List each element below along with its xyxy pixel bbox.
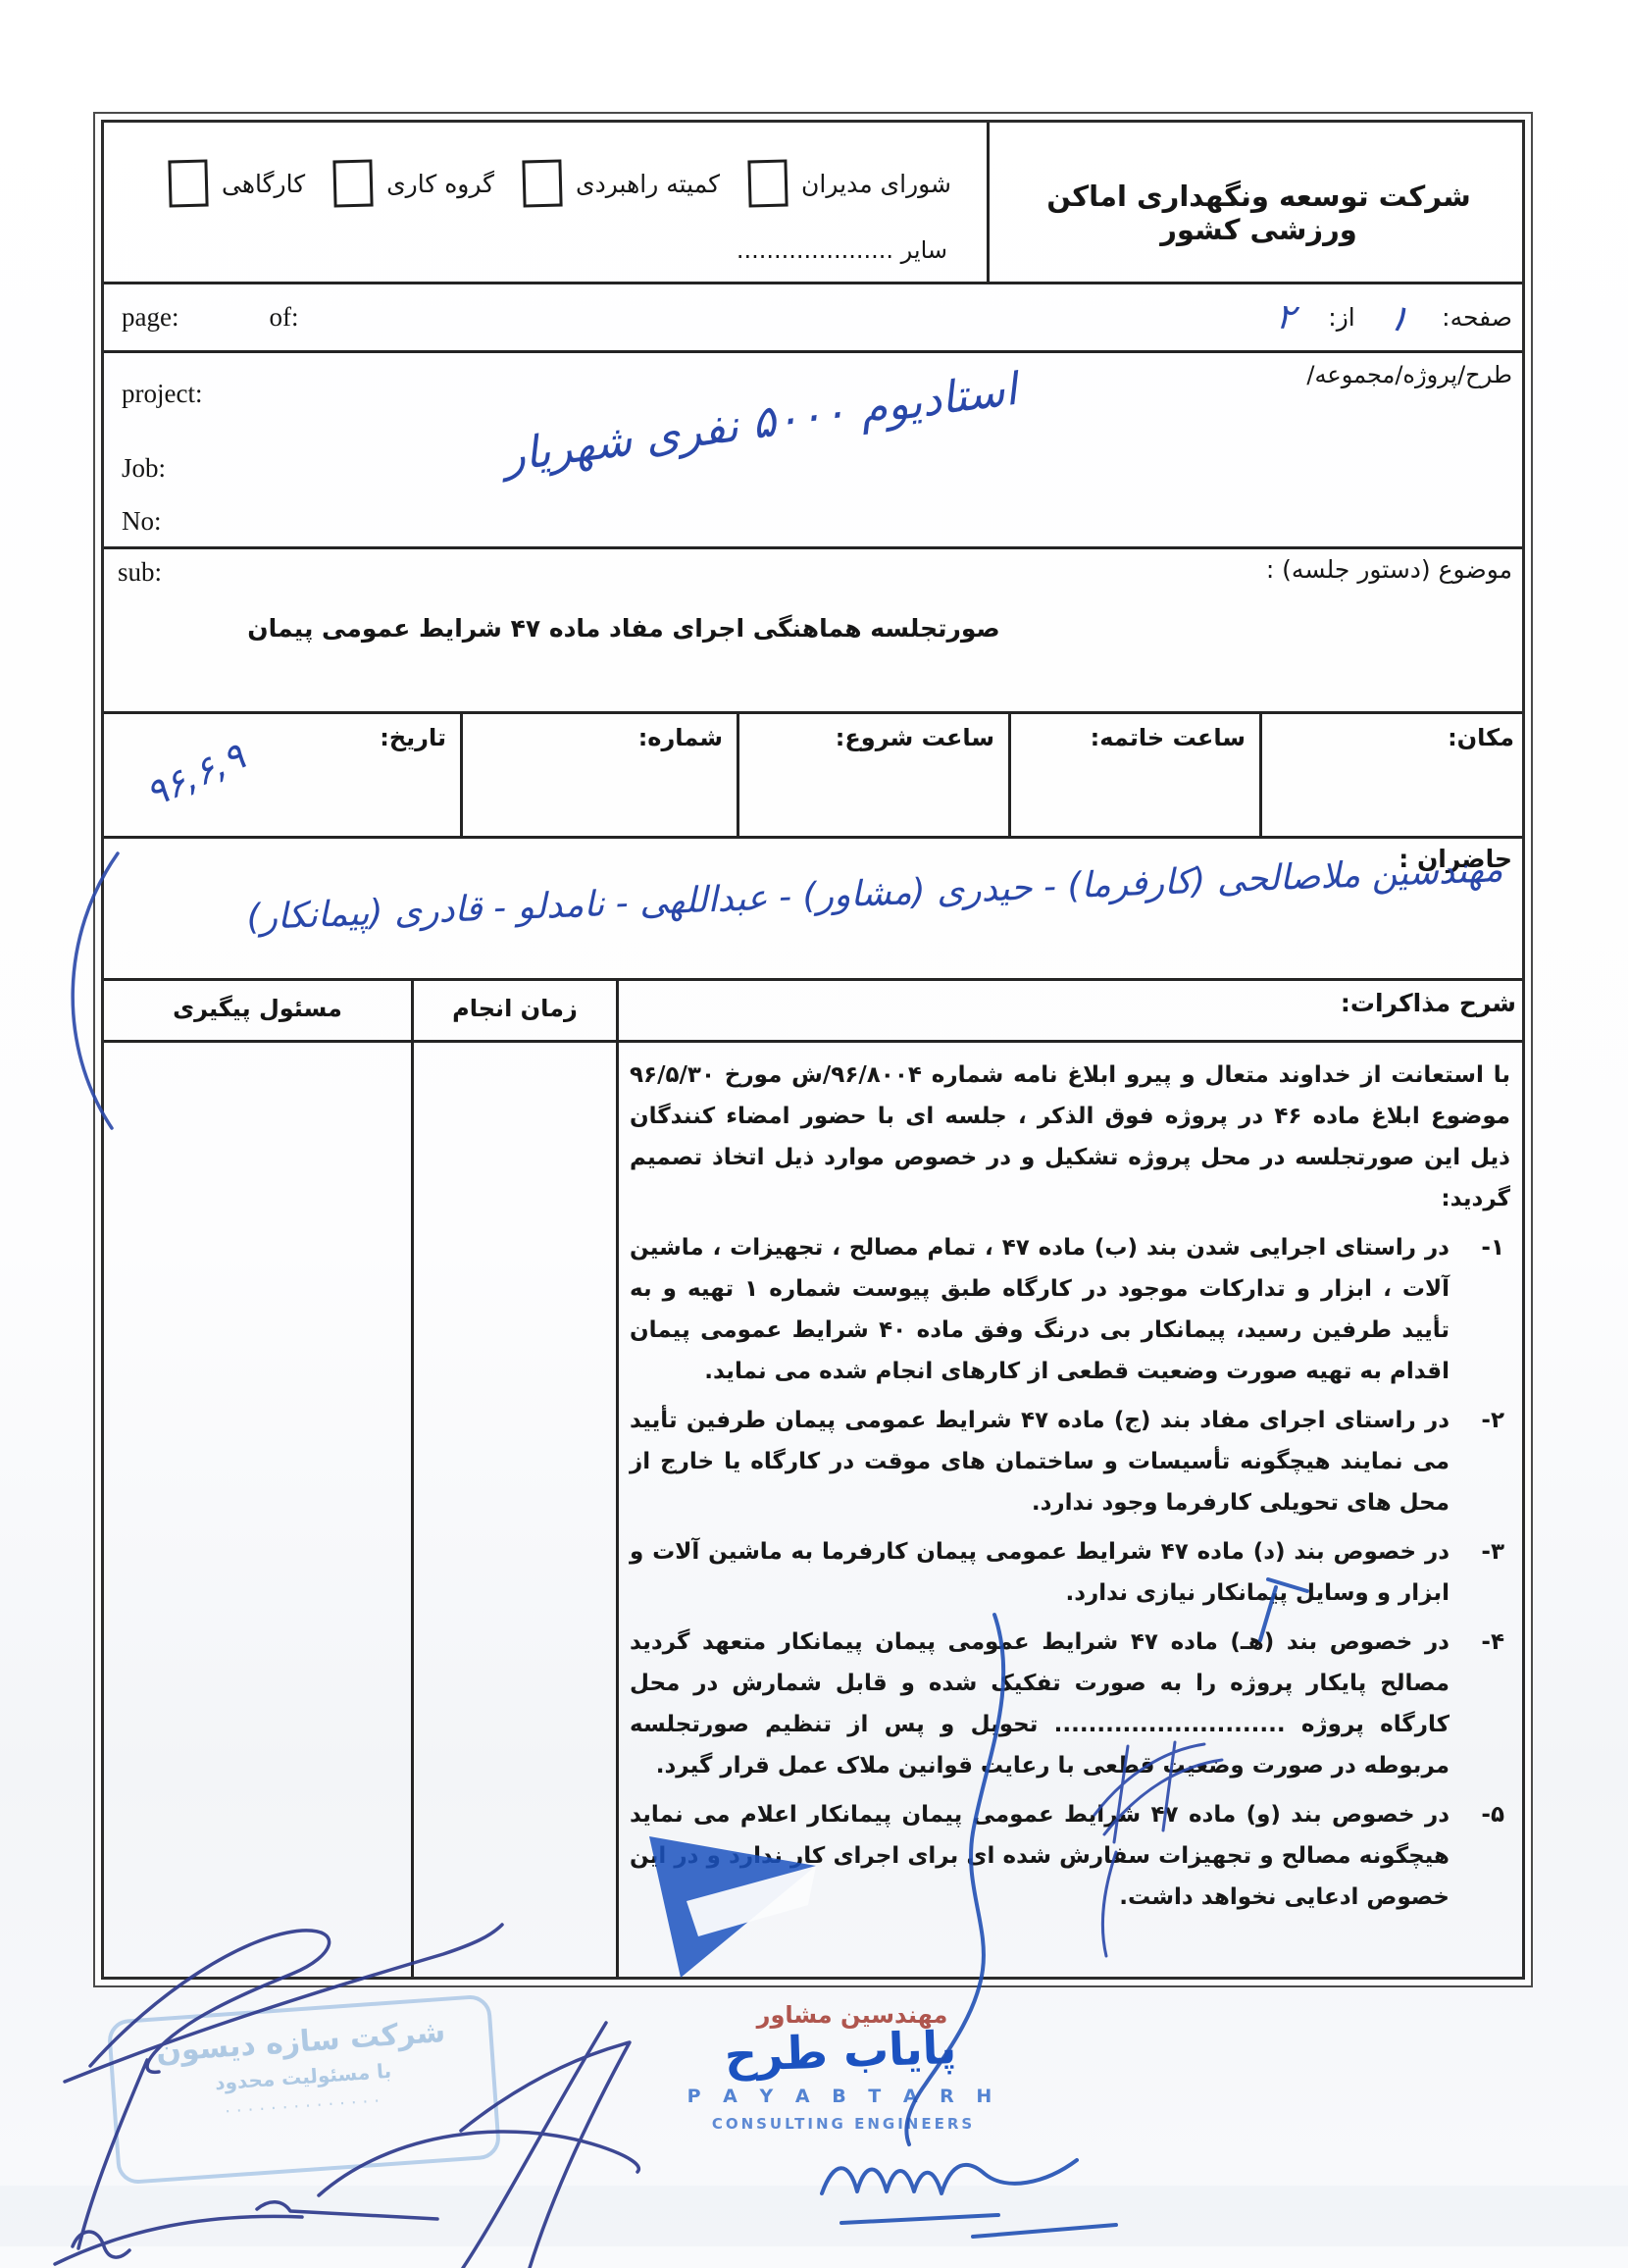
handwritten-page-number: ۱ [1384, 294, 1413, 341]
page-of-label-en: of: [269, 302, 298, 333]
page-en-group: page: of: [122, 284, 298, 350]
subject-value: صورتجلسه هماهنگی اجرای مفاد ماده ۴۷ شرای… [222, 614, 1026, 643]
checkbox-site[interactable] [168, 159, 208, 207]
item-text: در خصوص بند (هـ) ماده ۴۷ شرایط عمومی پیم… [630, 1629, 1450, 1778]
minutes-item-3: ۳- در خصوص بند (د) ماده ۴۷ شرایط عمومی پ… [630, 1531, 1510, 1614]
column-divider [411, 1043, 414, 1977]
item-number: ۳- [1481, 1531, 1504, 1572]
minutes-body-row: با استعانت از خداوند متعال و پیرو ابلاغ … [104, 1043, 1522, 1977]
header-row: شورای مدیران کمیته راهبردی گروه کاری کار… [104, 123, 1522, 284]
scan-artifact-band [0, 2186, 1628, 2246]
checkbox-steering-committee[interactable] [522, 159, 562, 207]
meeting-type-label: کارگاهی [222, 170, 305, 198]
page-fa-group: صفحه: ۱ از: ۲ [1276, 284, 1512, 350]
page-label-fa: صفحه: [1442, 303, 1512, 332]
consultant-stamp-name: پایاب طرح [707, 2020, 974, 2082]
item-text: در راستای اجرایی شدن بند (ب) ماده ۴۷ ، ت… [630, 1235, 1450, 1384]
subject-row: موضوع (دستور جلسه) : sub: صورتجلسه هماهن… [104, 549, 1522, 714]
consultant-stamp-latin-name: P A Y A B T A R H [677, 2086, 1010, 2107]
company-title: شرکت توسعه ونگهداری اماکن ورزشی کشور [990, 123, 1528, 246]
minutes-intro: با استعانت از خداوند متعال و پیرو ابلاغ … [630, 1055, 1510, 1219]
time-column-header: زمان انجام [411, 981, 616, 1040]
page-row: صفحه: ۱ از: ۲ page: of: [104, 284, 1522, 353]
date-cell: تاریخ: [104, 714, 460, 836]
minutes-item-4: ۴- در خصوص بند (هـ) ماده ۴۷ شرایط عمومی … [630, 1622, 1510, 1786]
column-divider [616, 1043, 619, 1977]
handwritten-page-total: ۲ [1275, 296, 1297, 337]
minutes-item-2: ۲- در راستای اجرای مفاد بند (ج) ماده ۴۷ … [630, 1400, 1510, 1523]
project-label-en: project: [122, 379, 202, 409]
subject-label-en: sub: [118, 557, 162, 588]
end-time-cell: ساعت خاتمه: [1008, 714, 1259, 836]
minutes-item-5: ۵- در خصوص بند (و) ماده ۴۷ شرایط عمومی پ… [630, 1794, 1510, 1918]
checkbox-working-group[interactable] [332, 159, 373, 207]
subject-label-fa: موضوع (دستور جلسه) : [1266, 555, 1512, 584]
contractor-stamp: شرکت سازه دیسون با مسئولیت محدود ·······… [107, 1994, 502, 2186]
responsible-column-header: مسئول پیگیری [104, 981, 411, 1040]
meeting-type-options: شورای مدیران کمیته راهبردی گروه کاری کار… [104, 123, 987, 207]
project-row: طرح/پروژه/مجموعه/ project: Job: No: [104, 353, 1522, 549]
minutes-header-row: مسئول پیگیری زمان انجام شرح مذاکرات: [104, 981, 1522, 1043]
minutes-text: با استعانت از خداوند متعال و پیرو ابلاغ … [626, 1043, 1518, 1977]
meta-row: تاریخ: شماره: ساعت شروع: ساعت خاتمه: مکا… [104, 714, 1522, 839]
consultant-stamp-latin-subtitle: CONSULTING ENGINEERS [677, 2115, 1010, 2133]
meeting-type-working-group: گروه کاری [333, 160, 494, 207]
page-of-label-fa: از: [1328, 303, 1354, 332]
page-label-en: page: [122, 302, 178, 333]
attendees-row: حاضران : [104, 839, 1522, 981]
meeting-type-label: شورای مدیران [801, 170, 951, 198]
description-column-header: شرح مذاکرات: [616, 981, 1528, 1040]
location-cell: مکان: [1259, 714, 1528, 836]
job-label-en: Job: [122, 453, 166, 484]
meeting-type-managers-council: شورای مدیران [748, 160, 951, 207]
item-number: ۴- [1481, 1622, 1504, 1663]
no-label-en: No: [122, 506, 162, 537]
checkbox-managers-council[interactable] [747, 159, 788, 207]
meeting-type-cell: شورای مدیران کمیته راهبردی گروه کاری کار… [104, 123, 987, 282]
project-label-fa: طرح/پروژه/مجموعه/ [1306, 361, 1512, 388]
attendees-label: حاضران : [1399, 845, 1512, 873]
item-number: ۲- [1481, 1400, 1504, 1441]
company-cell: شرکت توسعه ونگهداری اماکن ورزشی کشور [987, 123, 1528, 282]
number-cell: شماره: [460, 714, 737, 836]
minutes-form-table: شورای مدیران کمیته راهبردی گروه کاری کار… [101, 120, 1525, 1980]
meeting-type-label: گروه کاری [386, 170, 494, 198]
meeting-type-site: کارگاهی [169, 160, 305, 207]
item-number: ۱- [1481, 1227, 1504, 1268]
item-text: در راستای اجرای مفاد بند (ج) ماده ۴۷ شرا… [630, 1408, 1450, 1516]
minutes-item-1: ۱- در راستای اجرایی شدن بند (ب) ماده ۴۷ … [630, 1227, 1510, 1392]
meeting-type-steering-committee: کمیته راهبردی [523, 160, 720, 207]
meeting-type-other: سایر ..................... [737, 236, 947, 264]
item-number: ۵- [1481, 1794, 1504, 1835]
item-text: در خصوص بند (د) ماده ۴۷ شرایط عمومی پیما… [630, 1539, 1450, 1606]
item-text: در خصوص بند (و) ماده ۴۷ شرایط عمومی پیما… [630, 1802, 1450, 1910]
scanned-meeting-minutes-page: شورای مدیران کمیته راهبردی گروه کاری کار… [0, 0, 1628, 2268]
meeting-type-label: کمیته راهبردی [576, 170, 720, 198]
start-time-cell: ساعت شروع: [737, 714, 1008, 836]
